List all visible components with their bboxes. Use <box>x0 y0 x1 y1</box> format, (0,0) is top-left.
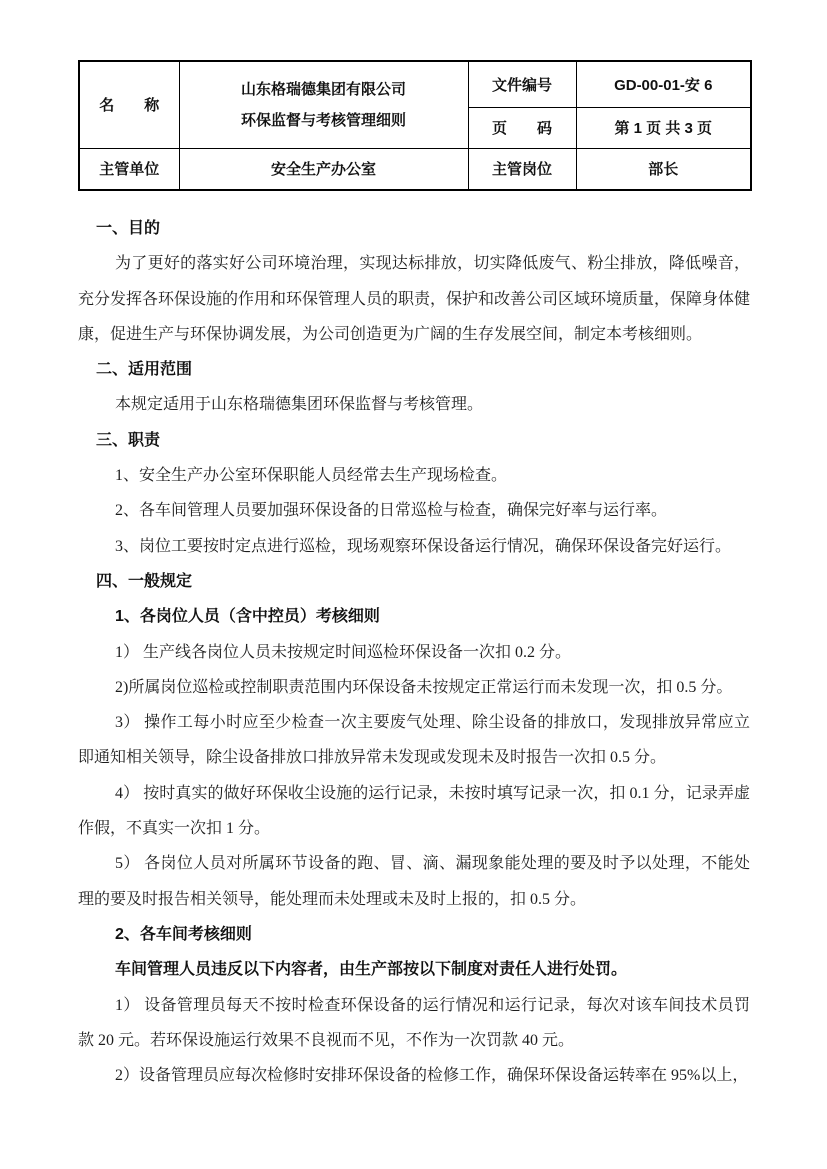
section-3-heading: 三、职责 <box>78 423 750 458</box>
unit-label-cell: 主管单位 <box>79 148 179 190</box>
section-4-sub-2-heading: 2、各车间考核细则 <box>78 917 750 952</box>
section-4-sub-1-heading: 1、各岗位人员（含中控员）考核细则 <box>78 599 750 634</box>
header-row-1: 名 称 山东格瑞德集团有限公司 环保监督与考核管理细则 文件编号 GD-00-0… <box>79 61 751 107</box>
section-4-sub-1-item-4: 4） 按时真实的做好环保收尘设施的运行记录，未按时填写记录一次，扣 0.1 分，… <box>78 776 750 847</box>
name-label: 名 称 <box>99 97 159 114</box>
section-4-sub-2-intro: 车间管理人员违反以下内容者，由生产部按以下制度对责任人进行处罚。 <box>78 952 750 987</box>
unit-value-cell: 安全生产办公室 <box>179 148 468 190</box>
doc-number-label: 文件编号 <box>492 77 552 94</box>
document-page: 名 称 山东格瑞德集团有限公司 环保监督与考核管理细则 文件编号 GD-00-0… <box>0 0 827 1169</box>
section-3-item-3: 3、岗位工要按时定点进行巡检，现场观察环保设备运行情况，确保环保设备完好运行。 <box>78 529 750 564</box>
section-3-item-1: 1、安全生产办公室环保职能人员经常去生产现场检查。 <box>78 458 750 493</box>
page-label-cell: 页 码 <box>468 107 576 148</box>
section-1-body: 为了更好的落实好公司环境治理，实现达标排放，切实降低废气、粉尘排放，降低噪音，充… <box>78 246 750 352</box>
position-label-cell: 主管岗位 <box>468 148 576 190</box>
section-4-heading: 四、一般规定 <box>78 564 750 599</box>
section-2-body: 本规定适用于山东格瑞德集团环保监督与考核管理。 <box>78 387 750 422</box>
section-4-sub-1-item-2: 2)所属岗位巡检或控制职责范围内环保设备未按规定正常运行而未发现一次，扣 0.5… <box>78 670 750 705</box>
section-3-item-2: 2、各车间管理人员要加强环保设备的日常巡检与检查，确保完好率与运行率。 <box>78 493 750 528</box>
unit-value: 安全生产办公室 <box>271 161 376 178</box>
section-1-heading: 一、目的 <box>78 211 750 246</box>
document-title-line2: 环保监督与考核管理细则 <box>180 105 468 136</box>
section-2-heading: 二、适用范围 <box>78 352 750 387</box>
section-4-sub-2-item-2: 2）设备管理员应每次检修时安排环保设备的检修工作，确保环保设备运转率在 95%以… <box>78 1058 750 1093</box>
page-label: 页 码 <box>492 120 552 137</box>
position-value-cell: 部长 <box>576 148 751 190</box>
position-label: 主管岗位 <box>492 161 552 178</box>
name-label-cell: 名 称 <box>79 61 179 148</box>
doc-number-value-cell: GD-00-01-安 6 <box>576 61 751 107</box>
doc-number-value: GD-00-01-安 6 <box>614 77 712 94</box>
section-4-sub-1-item-5: 5） 各岗位人员对所属环节设备的跑、冒、滴、漏现象能处理的要及时予以处理，不能处… <box>78 846 750 917</box>
position-value: 部长 <box>648 161 678 178</box>
page-value-cell: 第 1 页 共 3 页 <box>576 107 751 148</box>
page-value: 第 1 页 共 3 页 <box>614 120 712 137</box>
doc-number-label-cell: 文件编号 <box>468 61 576 107</box>
document-body: 一、目的 为了更好的落实好公司环境治理，实现达标排放，切实降低废气、粉尘排放，降… <box>78 211 750 1093</box>
header-row-3: 主管单位 安全生产办公室 主管岗位 部长 <box>79 148 751 190</box>
unit-label: 主管单位 <box>99 161 159 178</box>
section-4-sub-1-item-3: 3） 操作工每小时应至少检查一次主要废气处理、除尘设备的排放口，发现排放异常应立… <box>78 705 750 776</box>
document-title-cell: 山东格瑞德集团有限公司 环保监督与考核管理细则 <box>179 61 468 148</box>
document-title-line1: 山东格瑞德集团有限公司 <box>180 74 468 105</box>
section-4-sub-2-item-1: 1） 设备管理员每天不按时检查环保设备的运行情况和运行记录，每次对该车间技术员罚… <box>78 988 750 1059</box>
section-4-sub-1-item-1: 1） 生产线各岗位人员未按规定时间巡检环保设备一次扣 0.2 分。 <box>78 635 750 670</box>
document-header-table: 名 称 山东格瑞德集团有限公司 环保监督与考核管理细则 文件编号 GD-00-0… <box>78 60 752 191</box>
